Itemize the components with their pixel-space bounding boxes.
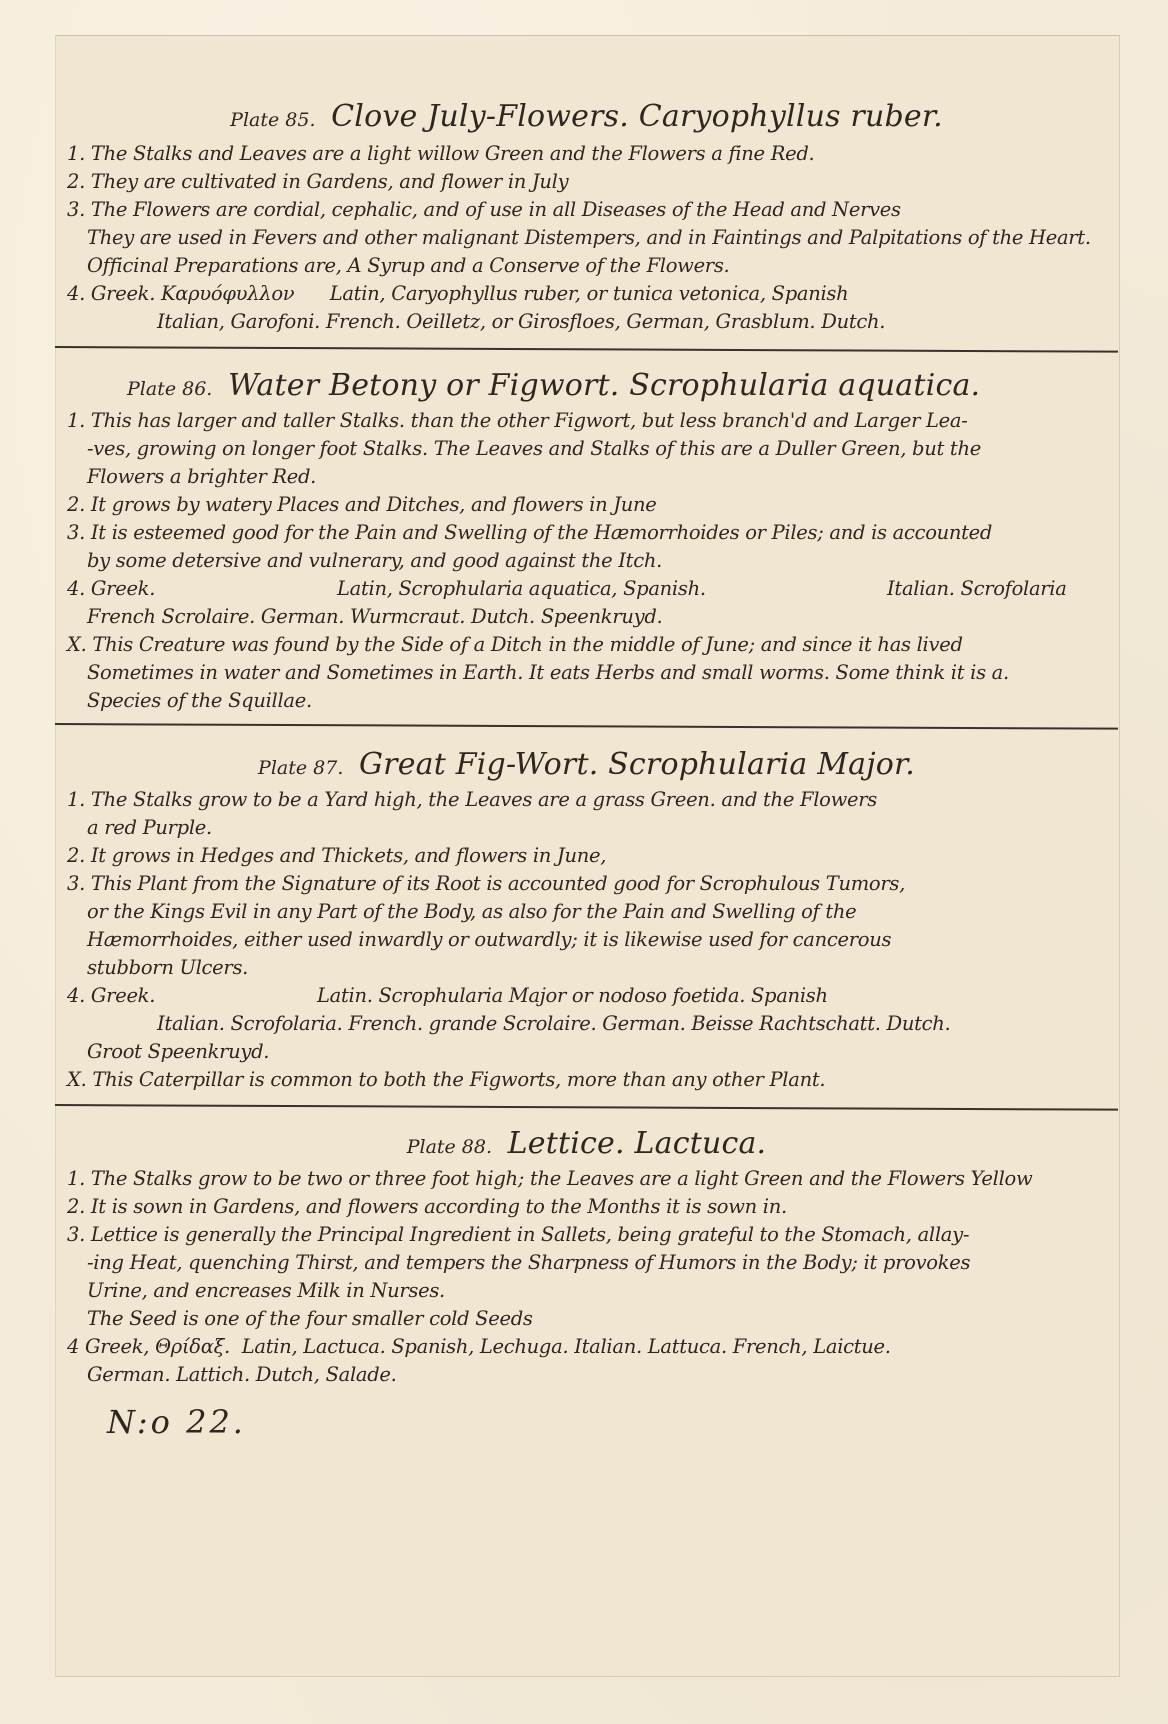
plate-87-line-1: 1. The Stalks grow to be a Yard high, th… [67,786,1106,814]
plate-86-name: Water Betony or Figwort. Scrophularia aq… [228,368,980,403]
plate-85-names-2: Italian, Garofoni. French. Oeilletz, or … [67,308,1106,336]
plate-87-names-3: Groot Speenkruyd. [67,1038,1106,1066]
plate-87-note-1: X. This Caterpillar is common to both th… [67,1066,1106,1094]
plate-87-section: Plate 87. Great Fig-Wort. Scrophularia M… [55,725,1118,1106]
plate-86-line-1: 1. This has larger and taller Stalks. th… [67,407,1106,435]
plate-86-title: Plate 86. Water Betony or Figwort. Scrop… [67,368,1106,403]
plate-88-names-1: 4 Greek, Θρίδαξ. Latin, Lactuca. Spanish… [67,1333,1106,1361]
plate-87-name: Great Fig-Wort. Scrophularia Major. [359,747,915,782]
plate-87-line-6: Hæmorrhoides, either used inwardly or ou… [67,926,1106,954]
plate-86-label: Plate 86. [127,378,212,400]
plate-87-title: Plate 87. Great Fig-Wort. Scrophularia M… [67,747,1106,782]
plate-86-italian: Italian. Scrofolaria [887,575,1067,603]
plate-87-greek: 4. Greek. [67,982,287,1010]
plate-86-line-6: by some detersive and vulnerary, and goo… [67,547,1106,575]
plate-85-title: Plate 85. Clove July-Flowers. Caryophyll… [67,99,1106,134]
plate-87-line-2: a red Purple. [67,814,1106,842]
plate-86-names-row: 4. Greek. Latin, Scrophularia aquatica, … [67,575,1106,603]
plate-87-line-7: stubborn Ulcers. [67,954,1106,982]
plate-85-section: Plate 85. Clove July-Flowers. Caryophyll… [55,35,1118,348]
plate-86-note-2: Sometimes in water and Sometimes in Eart… [67,659,1106,687]
plate-86-greek: 4. Greek. [67,575,307,603]
plate-85-line-5: Officinal Preparations are, A Syrup and … [67,252,1106,280]
plate-88-line-5: Urine, and encreases Milk in Nurses. [67,1277,1106,1305]
plate-85-label: Plate 85. [230,109,315,131]
plate-85-name: Clove July-Flowers. Caryophyllus ruber. [331,99,943,134]
plate-86-line-5: 3. It is esteemed good for the Pain and … [67,519,1106,547]
plate-87-names-row: 4. Greek. Latin. Scrophularia Major or n… [67,982,1106,1010]
plate-86-line-3: Flowers a brighter Red. [67,463,1106,491]
plate-88-line-6: The Seed is one of the four smaller cold… [67,1305,1106,1333]
plate-88-line-2: 2. It is sown in Gardens, and flowers ac… [67,1193,1106,1221]
plate-86-line-2: -ves, growing on longer foot Stalks. The… [67,435,1106,463]
plate-86-section: Plate 86. Water Betony or Figwort. Scrop… [55,348,1118,725]
plate-88-line-1: 1. The Stalks grow to be two or three fo… [67,1165,1106,1193]
plate-85-line-3: 3. The Flowers are cordial, cephalic, an… [67,196,1106,224]
plate-86-line-4: 2. It grows by watery Places and Ditches… [67,491,1106,519]
plate-86-note-3: Species of the Squillae. [67,687,1106,715]
plate-87-names-2: Italian. Scrofolaria. French. grande Scr… [67,1010,1106,1038]
plate-87-line-4: 3. This Plant from the Signature of its … [67,870,1106,898]
plate-88-line-3: 3. Lettice is generally the Principal In… [67,1221,1106,1249]
plate-88-line-4: -ing Heat, quenching Thirst, and tempers… [67,1249,1106,1277]
plate-88-title: Plate 88. Lettice. Lactuca. [67,1126,1106,1161]
plate-87-label: Plate 87. [258,757,343,779]
plate-88-section: Plate 88. Lettice. Lactuca. 1. The Stalk… [55,1106,1118,1441]
document-content: Plate 85. Clove July-Flowers. Caryophyll… [55,35,1118,1441]
plate-87-line-5: or the Kings Evil in any Part of the Bod… [67,898,1106,926]
plate-87-line-3: 2. It grows in Hedges and Thickets, and … [67,842,1106,870]
plate-85-names-1: 4. Greek. Καρυόφυλλον Latin, Caryophyllu… [67,280,1106,308]
plate-85-line-4: They are used in Fevers and other malign… [67,224,1106,252]
page-number-mark: N:o 22. [107,1403,1106,1441]
plate-88-label: Plate 88. [407,1136,492,1158]
plate-88-name: Lettice. Lactuca. [508,1126,767,1161]
plate-86-latin: Latin, Scrophularia aquatica, Spanish. [337,575,857,603]
plate-85-line-1: 1. The Stalks and Leaves are a light wil… [67,140,1106,168]
plate-88-names-2: German. Lattich. Dutch, Salade. [67,1361,1106,1389]
plate-86-note-1: X. This Creature was found by the Side o… [67,631,1106,659]
plate-85-line-2: 2. They are cultivated in Gardens, and f… [67,168,1106,196]
plate-86-names-2: French Scrolaire. German. Wurmcraut. Dut… [67,603,1106,631]
plate-87-latin: Latin. Scrophularia Major or nodoso foet… [317,982,828,1010]
